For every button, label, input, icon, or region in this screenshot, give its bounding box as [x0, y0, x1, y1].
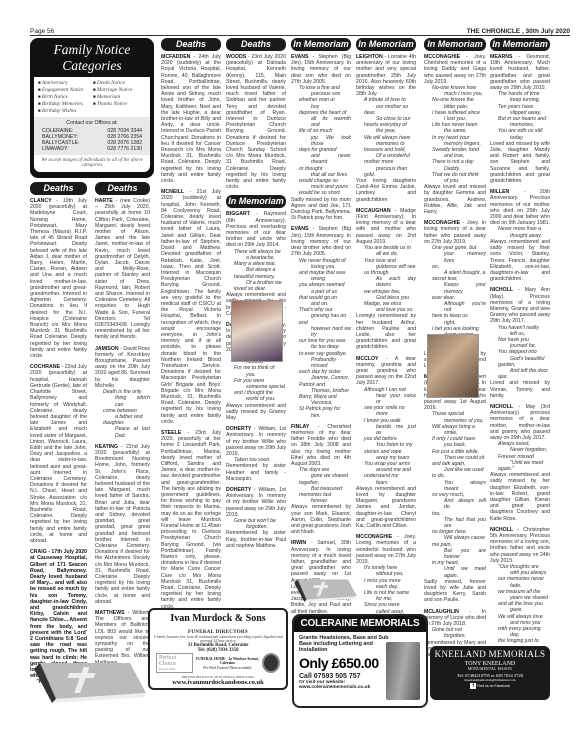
category-item: Birthday Memories: [38, 101, 91, 107]
ad-role: MONUMENTAL MASON: [433, 667, 547, 671]
notice-name: COCHRANE: [30, 364, 60, 370]
notice-text: - Madge (First Anniversary). In loving m…: [356, 208, 416, 245]
family-notice-categories: Family Notice Categories AnniversaryDeat…: [30, 38, 154, 178]
notice-remembered-by: Lovingly remembered by her husband Arthu…: [356, 313, 416, 350]
column-memoriam-5: In Memoriam EVANS - Stephen (Big Jim), 1…: [291, 38, 351, 620]
office-phone: 028 7776 2130: [107, 146, 142, 152]
notice-name: BIGGART: [226, 211, 250, 217]
notice-entry: LEIGHTON - Lorraine 4th anniversary of o…: [356, 54, 416, 203]
headstone-image: [386, 642, 420, 700]
notice-remembered-by: Always remembered and loved by daughter …: [356, 486, 416, 529]
notice-verse: To lose a fine andprecious sonwhether ma…: [291, 85, 351, 197]
notice-entry: HARTE - (nee Cooke) – 25th July 2020, pe…: [95, 198, 150, 341]
notice-name: KEATING: [95, 444, 118, 450]
notice-text: - 19th July 2020 (peacefully) at Madelay…: [30, 198, 87, 359]
notice-name: NICHOLL: [490, 527, 513, 533]
notice-text: - 24th July 2020 (suddenly) at the Royal…: [161, 54, 221, 184]
notice-remembered-by: Always remembered and sadly missed by th…: [490, 239, 550, 282]
notice-entry: EVANS - Stephen (Big Jim), 15th Annivers…: [291, 226, 351, 418]
facebook-link[interactable]: f Find us on Facebook: [433, 683, 547, 689]
memoriam-header: In Memoriam: [356, 38, 416, 51]
notice-name: MCCAUGHAN: [356, 208, 391, 214]
notice-remembered-by: Loved and missed by wife Julie, daughter…: [490, 141, 550, 184]
notice-text: - Desmond, 10th Anniversary. Much loved …: [490, 54, 550, 91]
category-item: Anniversary: [38, 80, 91, 86]
funeral-home: FUNERAL HOME - 2a Windsor Avenue, Colera…: [193, 657, 262, 665]
ad-kneeland-memorials: KNEELAND MEMORIALS TONY KNEELAND MONUMEN…: [430, 646, 550, 700]
notice-name: NICHOLL: [490, 287, 513, 293]
bible-icon: [292, 572, 358, 606]
facebook-icon: f: [470, 683, 476, 689]
deaths-header: Deaths: [95, 182, 150, 195]
notice-name: MCFADDEN: [161, 54, 190, 60]
portrait-photo-child: [231, 300, 283, 362]
notice-text: - 22nd July 2020 (peacefully) at hospita…: [30, 364, 87, 544]
office-row: LIMAVADY:028 7776 2130: [42, 146, 142, 152]
notice-remembered-by: Remembered by sister Heather and family …: [226, 463, 286, 482]
notice-verse: There will always bea heartache,Many a s…: [226, 249, 286, 292]
notice-name: EVANS: [291, 226, 309, 232]
ad-email[interactable]: kneelandmemorials@btinternet.com: [433, 678, 547, 682]
memoriam-header: In Memoriam: [424, 38, 486, 51]
category-item: Birthday Wishes: [38, 108, 91, 114]
notice-remembered-by: Remembered by sister Katy, brother-in-la…: [226, 530, 286, 549]
contact-title: Contact our Offices at:: [42, 120, 142, 126]
notice-name: NICHOLL: [490, 404, 513, 410]
notice-entry: JAMISON - David Ross formerly of Knockbo…: [95, 346, 150, 439]
crest-icon: [262, 653, 280, 673]
notice-text: - 20th Anniversary. Precious memories of…: [490, 189, 550, 226]
notice-entry: MCCAUGHAN - Madge (First Anniversary). I…: [356, 208, 416, 351]
notice-text: - 23rd July 2020, peacefully at her home…: [161, 430, 221, 610]
category-item: Birth Notice: [38, 94, 91, 100]
notice-remembered-by: Always remembered by your son Mark, Elea…: [291, 504, 351, 535]
notice-name: DOHERTY: [226, 426, 251, 432]
ad-title: COLERAINE MEMORIALS: [294, 616, 426, 632]
office-town: LIMAVADY:: [42, 146, 69, 152]
category-item: Thanks Notice: [93, 101, 146, 107]
notice-name: JAMISON: [95, 346, 119, 352]
notice-text: - (nee Cooke) – 25th July 2020, peaceful…: [95, 198, 150, 340]
page-header: Page 56 THE CHRONICLE , 30th July 2020: [30, 28, 570, 36]
notice-text: - David Ross formerly of Knockboy Brough…: [95, 346, 150, 389]
notice-text: - Lorraine 4th anniversary of our loving…: [356, 54, 416, 97]
column-memoriam-8: In Memoriam MEARNS - Desmond, 10th Anniv…: [490, 38, 550, 687]
categories-title: Family Notice Categories: [34, 42, 150, 74]
notice-text: - Raymond (6th Anniversary). Precious an…: [226, 211, 286, 248]
notice-entry: DOHERTY - William, 1st Anniversary. In m…: [226, 426, 286, 482]
notice-entry: EVANS - Stephen (Big Jim), 15th Annivers…: [291, 54, 351, 221]
notice-name: MCCLOY: [356, 356, 378, 362]
notice-remembered-by: Always loved and missed by daughter Gemm…: [424, 184, 486, 215]
notice-name: DOHERTY: [226, 487, 251, 493]
notice-name: HARTE: [95, 198, 113, 204]
notice-verse: Those specialmemories of you,Will always…: [424, 411, 486, 578]
notice-entry: CLANCY - 19th July 2020 (peacefully) at …: [30, 198, 87, 359]
notice-text: - Cherished memories of my dear father F…: [291, 424, 351, 467]
ad-description: A family business free from all multinat…: [153, 635, 283, 643]
ad-title: KNEELAND MEMORIALS: [433, 649, 547, 659]
notice-verse: Gone but won't beforgotten.: [226, 518, 286, 530]
page-number: Page 56: [30, 28, 54, 35]
memoriam-header: In Memoriam: [490, 38, 550, 51]
notice-entry: MILLEN - 20th Anniversary. Precious memo…: [490, 189, 550, 282]
notice-name: MCCONAGHIE: [424, 220, 460, 226]
perfect-choice-logo: Perfect ChoiceFuneral Plans: [156, 653, 193, 673]
notice-name: MATTHEWS: [95, 610, 125, 616]
notice-verse: You haven't reallyleft us,Nor have youjo…: [490, 325, 550, 381]
deaths-header: Deaths: [226, 38, 286, 51]
ad-website[interactable]: www.ivanmurdockandsons.co.uk: [153, 679, 283, 686]
notice-entry: MCNEILL - 21st July 2020 (suddenly) at h…: [161, 189, 221, 425]
notice-remembered-by: Always remembered and sadly missed by he…: [490, 472, 550, 522]
notice-name: EVANS: [291, 54, 309, 60]
notice-remembered-by: Sadly missed, forever loved by wife Juli…: [424, 579, 486, 604]
notice-verse: Always loved,Never forgotten,Forever mis…: [490, 441, 550, 472]
notice-name: MILLEN: [490, 189, 509, 195]
notice-text: - May (3rd Anniversary) precious memorie…: [490, 404, 550, 441]
notice-name: MCLAUGHLIN: [424, 609, 459, 615]
images-note: We accept images of individuals in all o…: [34, 155, 150, 172]
notice-text: - 21st July 2020 (suddenly) at hospital,…: [161, 189, 221, 425]
portrait-photo-man: [427, 334, 479, 398]
notice-text: - 23rd July 2020 (peacefully) at Dalriad…: [226, 54, 286, 190]
notice-name: MCCONAGHIE: [356, 534, 392, 540]
notice-verse: A tribute of love toour mother sodear,So…: [356, 97, 416, 178]
notice-verse: Never more than athought away.: [490, 226, 550, 238]
notice-entry: MEARNS - Desmond, 10th Anniversary. Much…: [490, 54, 550, 184]
deaths-header: Deaths: [30, 182, 87, 195]
ad-title: Ivan Murdock & Sons: [153, 613, 283, 624]
notice-verse: "Our thoughts arewith you alwaysour memo…: [490, 564, 550, 657]
notice-entry: WOODS - 23rd July 2020 (peacefully) at D…: [226, 54, 286, 190]
notice-entry: MCCLOY - A dear mammy, grandma and great…: [356, 356, 416, 530]
notice-verse: Although I can nothear your voice orsee …: [356, 387, 416, 486]
notice-name: STEELE: [161, 430, 181, 436]
notice-name: MCNEILL: [161, 189, 184, 195]
notice-entry: COCHRANE - 22nd July 2020 (peacefully) a…: [30, 364, 87, 544]
notice-remembered-by: Your loving daughters Carol-Ann Emma Jac…: [356, 178, 416, 203]
notice-name: WOODS: [226, 54, 246, 60]
notice-text: - 22nd July 2020 (peacefully) at Brookmo…: [95, 444, 150, 605]
notice-verse: Gone but notforgotten.: [424, 627, 486, 639]
notice-verse: You are beside us inall we do,Your love …: [356, 245, 416, 313]
masthead: THE CHRONICLE , 30th July 2020: [467, 28, 570, 35]
notice-name: FINLAY: [291, 424, 309, 430]
notice-entry: MCFADDEN - 24th July 2020 (suddenly) at …: [161, 54, 221, 184]
notice-entry: MCILMOYLE - Robert (Robin) 4th Anniversa…: [424, 374, 486, 604]
notice-entry: NICHOLL - Mary Ann (May). Precious memor…: [490, 287, 550, 399]
notice-entry: NICHOLL - May (3rd Anniversary) precious…: [490, 404, 550, 522]
notice-entry: STEELE - 23rd July 2020, peacefully at h…: [161, 430, 221, 610]
notice-verse: The hands of timekeep turning,Ten years …: [490, 91, 550, 141]
notice-name: LEIGHTON: [356, 54, 383, 60]
contact-offices: Contact our Offices at: COLERAINE:028 70…: [34, 117, 150, 155]
bible-icon: [30, 655, 148, 705]
column-deaths-2: Deaths HARTE - (nee Cooke) – 25th July 2…: [95, 182, 150, 671]
ad-coleraine-memorials: COLERAINE MEMORIALS Granite Headstones, …: [292, 614, 428, 708]
notice-entry: DOHERTY - William, 1st Anniversary. In m…: [226, 487, 286, 549]
column-deaths-1: Deaths CLANCY - 19th July 2020 (peaceful…: [30, 182, 87, 691]
category-item: Memoriam: [93, 94, 146, 100]
memoriam-header: In Memoriam: [226, 195, 286, 208]
notice-name: CLANCY: [30, 198, 52, 204]
column-memoriam-6: In Memoriam LEIGHTON - Lorraine 4th anni…: [356, 38, 416, 676]
column-deaths-3: Deaths MCFADDEN - 24th July 2020 (sudden…: [161, 38, 221, 615]
notice-name: MCCONAGHIE: [424, 54, 460, 60]
notice-remembered-by: Always remembered and sadly missed by Gr…: [226, 403, 286, 422]
notice-text: - Mary Ann (May). Precious memories of a…: [490, 287, 550, 324]
notice-name: MEARNS: [490, 54, 512, 60]
notice-entry: KEATING - 22nd July 2020 (peacefully) at…: [95, 444, 150, 605]
notice-remembered-by: Loved and missed by Vonnie, Tommy and fa…: [490, 380, 550, 399]
notice-verse: We never thought oflosing youand maybe t…: [291, 258, 351, 419]
deaths-header: Deaths: [161, 38, 221, 51]
notice-entry: MCCONAGHIE - Joey. Cherished memories of…: [424, 54, 486, 215]
categories-list: AnniversaryDeath NoticeEngagement Notice…: [34, 77, 150, 117]
category-item: Engagement Notice: [38, 87, 91, 93]
notice-entry: FINLAY - Cherished memories of my dear f…: [291, 424, 351, 536]
prepaid-plans: Pre Paid Funeral Plans available: [193, 666, 262, 670]
ad-description: Granite Headstones, Base and Sub Base in…: [299, 635, 389, 653]
category-item: Marriage Notice: [93, 87, 146, 93]
notice-text: - Christopher 5th Anniversary. Precious …: [490, 527, 550, 564]
notice-remembered-by: Sadly missed by his mum Agnes and dad Jo…: [291, 197, 351, 222]
notice-verse: The days aregone we sharedtogether,But t…: [291, 467, 351, 504]
ad-ivan-murdock: Ivan Murdock & Sons FUNERAL DIRECTORS A …: [148, 608, 288, 690]
column-deaths-4: Deaths WOODS - 23rd July 2020 (peacefull…: [226, 38, 286, 554]
notice-verse: No-one knows howmuch I miss you,No-one k…: [424, 85, 486, 184]
memoriam-header: In Memoriam: [291, 38, 351, 51]
category-item: Death Notice: [93, 80, 146, 86]
notice-name: IRWIN: [291, 540, 306, 546]
notice-name: CRAIG: [30, 549, 47, 555]
notice-verse: Death is the onlything which cancome bet…: [95, 389, 150, 439]
